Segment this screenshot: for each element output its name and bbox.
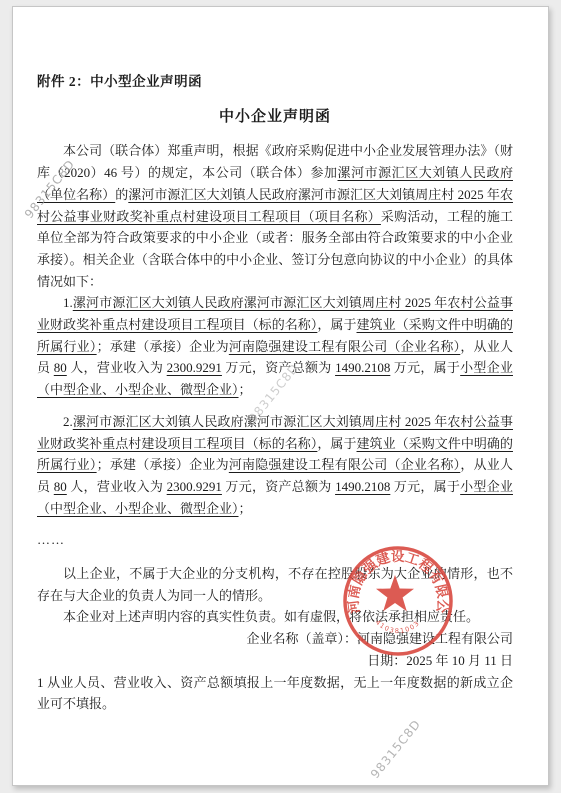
- underlined-field: 1490.2108: [335, 479, 390, 494]
- company-signature-line: 企业名称（盖章）：河南隐强建设工程有限公司: [37, 628, 513, 650]
- text-run: 人，营业收入为: [67, 360, 167, 375]
- text-run: ；承建（承接）企业为: [97, 339, 229, 354]
- text-run: 企业名称（盖章）：河南隐强建设工程有限公司: [246, 631, 513, 646]
- intro-paragraph: 本公司（联合体）郑重声明，根据《政府采购促进中小企业发展管理办法》（财库（202…: [37, 140, 513, 292]
- underlined-field: 河南隐强建设工程有限公司（企业名称）: [229, 339, 460, 354]
- text-run: 万元，属于: [390, 360, 460, 375]
- text-run: 本企业对上述声明内容的真实性负责。如有虚假，将依法承担相应责任。: [63, 609, 479, 624]
- underlined-field: 1490.2108: [335, 360, 390, 375]
- text-run: ，属于: [317, 436, 356, 451]
- text-run: 1.: [63, 295, 73, 310]
- enterprise-item-1: 1.漯河市源汇区大刘镇人民政府漯河市源汇区大刘镇周庄村 2025 年农村公益事业…: [37, 292, 513, 401]
- text-run: 人，营业收入为: [67, 479, 167, 494]
- no-affiliation-statement: 以上企业，不属于大企业的分支机构，不存在控股股东为大企业的情形，也不存在与大企业…: [37, 563, 513, 606]
- date-line: 日期：2025 年 10 月 11 日: [37, 650, 513, 672]
- text-run: 以上企业，不属于大企业的分支机构，不存在控股股东为大企业的情形，也不存在与大企业…: [37, 566, 513, 603]
- footnote: 1 从业人员、营业收入、资产总额填报上一年度数据，无上一年度数据的新成立企业可不…: [37, 672, 513, 715]
- text-run: ；承建（承接）企业为: [97, 457, 229, 472]
- underlined-field: 80: [54, 479, 67, 494]
- ellipsis-line: ……: [37, 529, 513, 551]
- text-run: 的: [115, 187, 128, 202]
- text-run: ，属于: [317, 317, 356, 332]
- text-run: 1 从业人员、营业收入、资产总额填报上一年度数据，无上一年度数据的新成立企业可不…: [37, 675, 513, 712]
- responsibility-statement: 本企业对上述声明内容的真实性负责。如有虚假，将依法承担相应责任。: [37, 606, 513, 628]
- underlined-field: 2300.9291: [167, 479, 222, 494]
- text-run: 万元，资产总额为: [222, 360, 335, 375]
- underlined-field: 2300.9291: [167, 360, 222, 375]
- text-run: ；: [239, 501, 252, 516]
- text-run: 日期：2025 年 10 月 11 日: [367, 653, 513, 668]
- enterprise-item-2: 2.漯河市源汇区大刘镇人民政府漯河市源汇区大刘镇周庄村 2025 年农村公益事业…: [37, 411, 513, 520]
- document-body: 本公司（联合体）郑重声明，根据《政府采购促进中小企业发展管理办法》（财库（202…: [37, 140, 513, 715]
- document-page: 附件 2：中小型企业声明函 中小企业声明函 本公司（联合体）郑重声明，根据《政府…: [12, 6, 549, 786]
- text-run: 万元，属于: [390, 479, 460, 494]
- text-run: 2.: [63, 414, 73, 429]
- underlined-field: 80: [54, 360, 67, 375]
- document-content: 附件 2：中小型企业声明函 中小企业声明函 本公司（联合体）郑重声明，根据《政府…: [37, 7, 513, 715]
- text-run: ；: [239, 382, 252, 397]
- page-title: 中小企业声明函: [37, 107, 513, 129]
- underlined-field: 河南隐强建设工程有限公司（企业名称）: [229, 457, 460, 472]
- text-run: ……: [37, 532, 65, 547]
- attachment-label: 附件 2：中小型企业声明函: [37, 71, 513, 93]
- text-run: 万元，资产总额为: [222, 479, 335, 494]
